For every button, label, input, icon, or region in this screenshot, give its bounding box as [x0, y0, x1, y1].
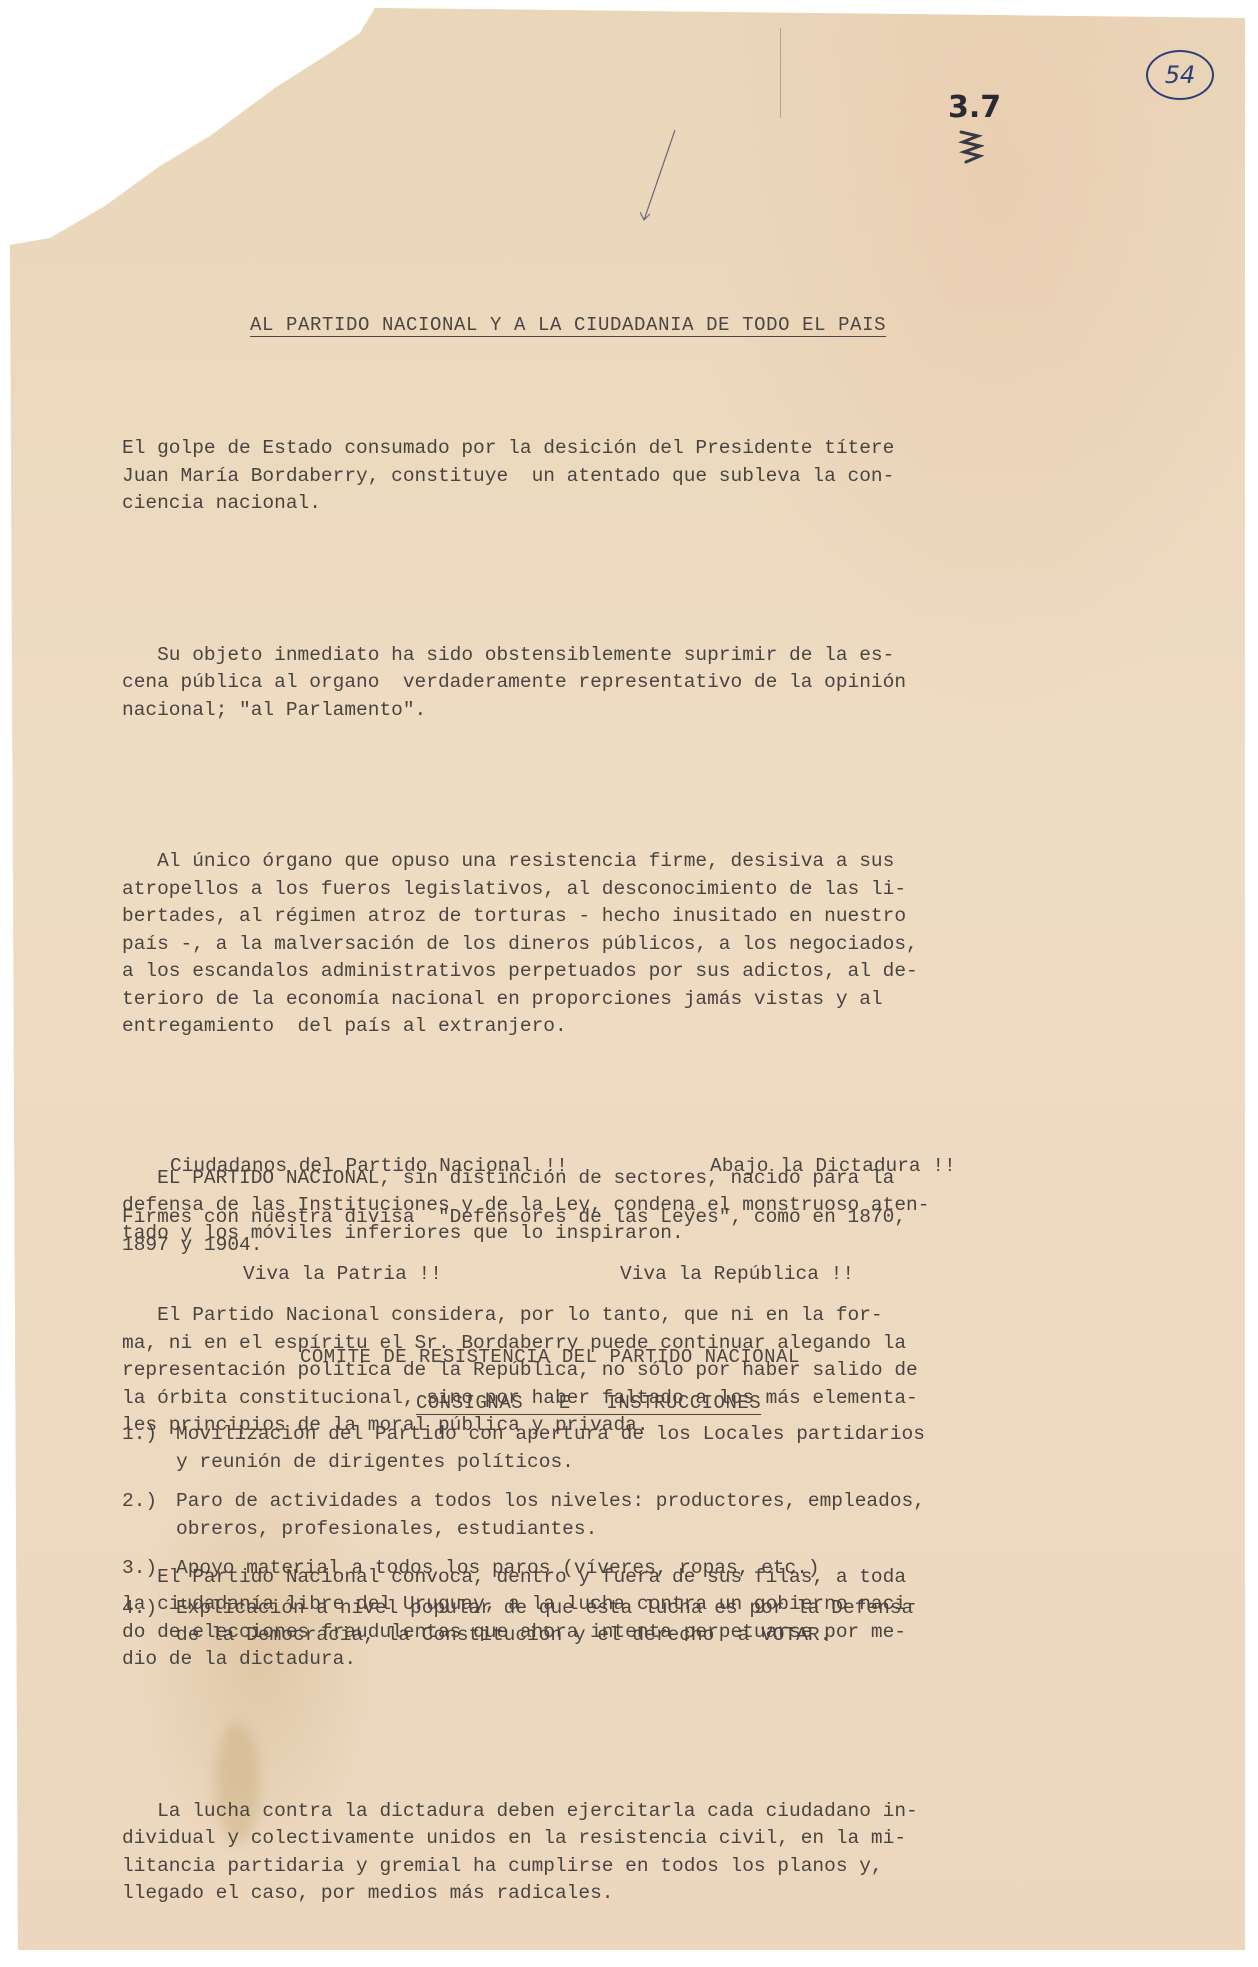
instruction-text: Explicación a nivel popular de que ésta …	[176, 1595, 913, 1650]
instruction-number: 3.)	[122, 1555, 176, 1583]
instruction-text: Paro de actividades a todos los niveles:…	[176, 1488, 925, 1543]
typewritten-document-page: 54 3.7 AL PARTIDO NACIONAL Y A LA CIUDAD…	[10, 8, 1245, 1950]
instruction-text: Apoyo material a todos los paros (vívere…	[176, 1555, 820, 1583]
handwritten-squiggle-icon	[958, 128, 984, 168]
paragraph-objective: Su objeto inmediato ha sido obstensiblem…	[122, 642, 1172, 725]
fold-mark	[780, 28, 781, 118]
instruction-number: 1.)	[122, 1421, 176, 1476]
cheer-republica: Viva la República !!	[620, 1263, 854, 1285]
slogan-citizens: Ciudadanos del Partido Nacional !!	[170, 1155, 568, 1177]
circled-page-number: 54	[1146, 50, 1214, 100]
instruction-item: 4.) Explicación a nivel popular de que é…	[122, 1595, 1182, 1650]
page-number-text: 54	[1165, 63, 1196, 87]
instructions-heading: CONSIGNAS E INSTRUCCIONES	[416, 1392, 761, 1414]
instruction-item: 1.) Movilización del Partido con apertur…	[122, 1421, 1182, 1476]
paragraph-coup: El golpe de Estado consumado por la desi…	[122, 435, 1172, 518]
instruction-item: 2.) Paro de actividades a todos los nive…	[122, 1488, 1182, 1543]
closing-paragraph: Firmes con nuestra divisa "Defensores de…	[122, 1204, 1172, 1259]
signature-committee: COMITE DE RESISTENCIA DEL PARTIDO NACION…	[300, 1346, 800, 1368]
instruction-number: 4.)	[122, 1595, 176, 1650]
document-title: AL PARTIDO NACIONAL Y A LA CIUDADANIA DE…	[250, 314, 1040, 336]
paragraph-parliament: Al único órgano que opuso una resistenci…	[122, 848, 1172, 1041]
paragraph-legitimacy: El Partido Nacional considera, por lo ta…	[122, 1302, 1172, 1440]
handwritten-archive-number: 3.7	[948, 93, 1001, 123]
cheer-patria: Viva la Patria !!	[243, 1263, 442, 1285]
instruction-number: 2.)	[122, 1488, 176, 1543]
instruction-item: 3.) Apoyo material a todos los paros (ví…	[122, 1555, 1182, 1583]
instructions-list: 1.) Movilización del Partido con apertur…	[122, 1421, 1182, 1662]
slogan-down-with-dictatorship: Abajo la Dictadura !!	[710, 1155, 956, 1177]
instruction-text: Movilización del Partido con apertura de…	[176, 1421, 925, 1476]
pencil-check-mark-icon	[640, 128, 680, 228]
paragraph-resistance: La lucha contra la dictadura deben ejerc…	[122, 1798, 1172, 1908]
